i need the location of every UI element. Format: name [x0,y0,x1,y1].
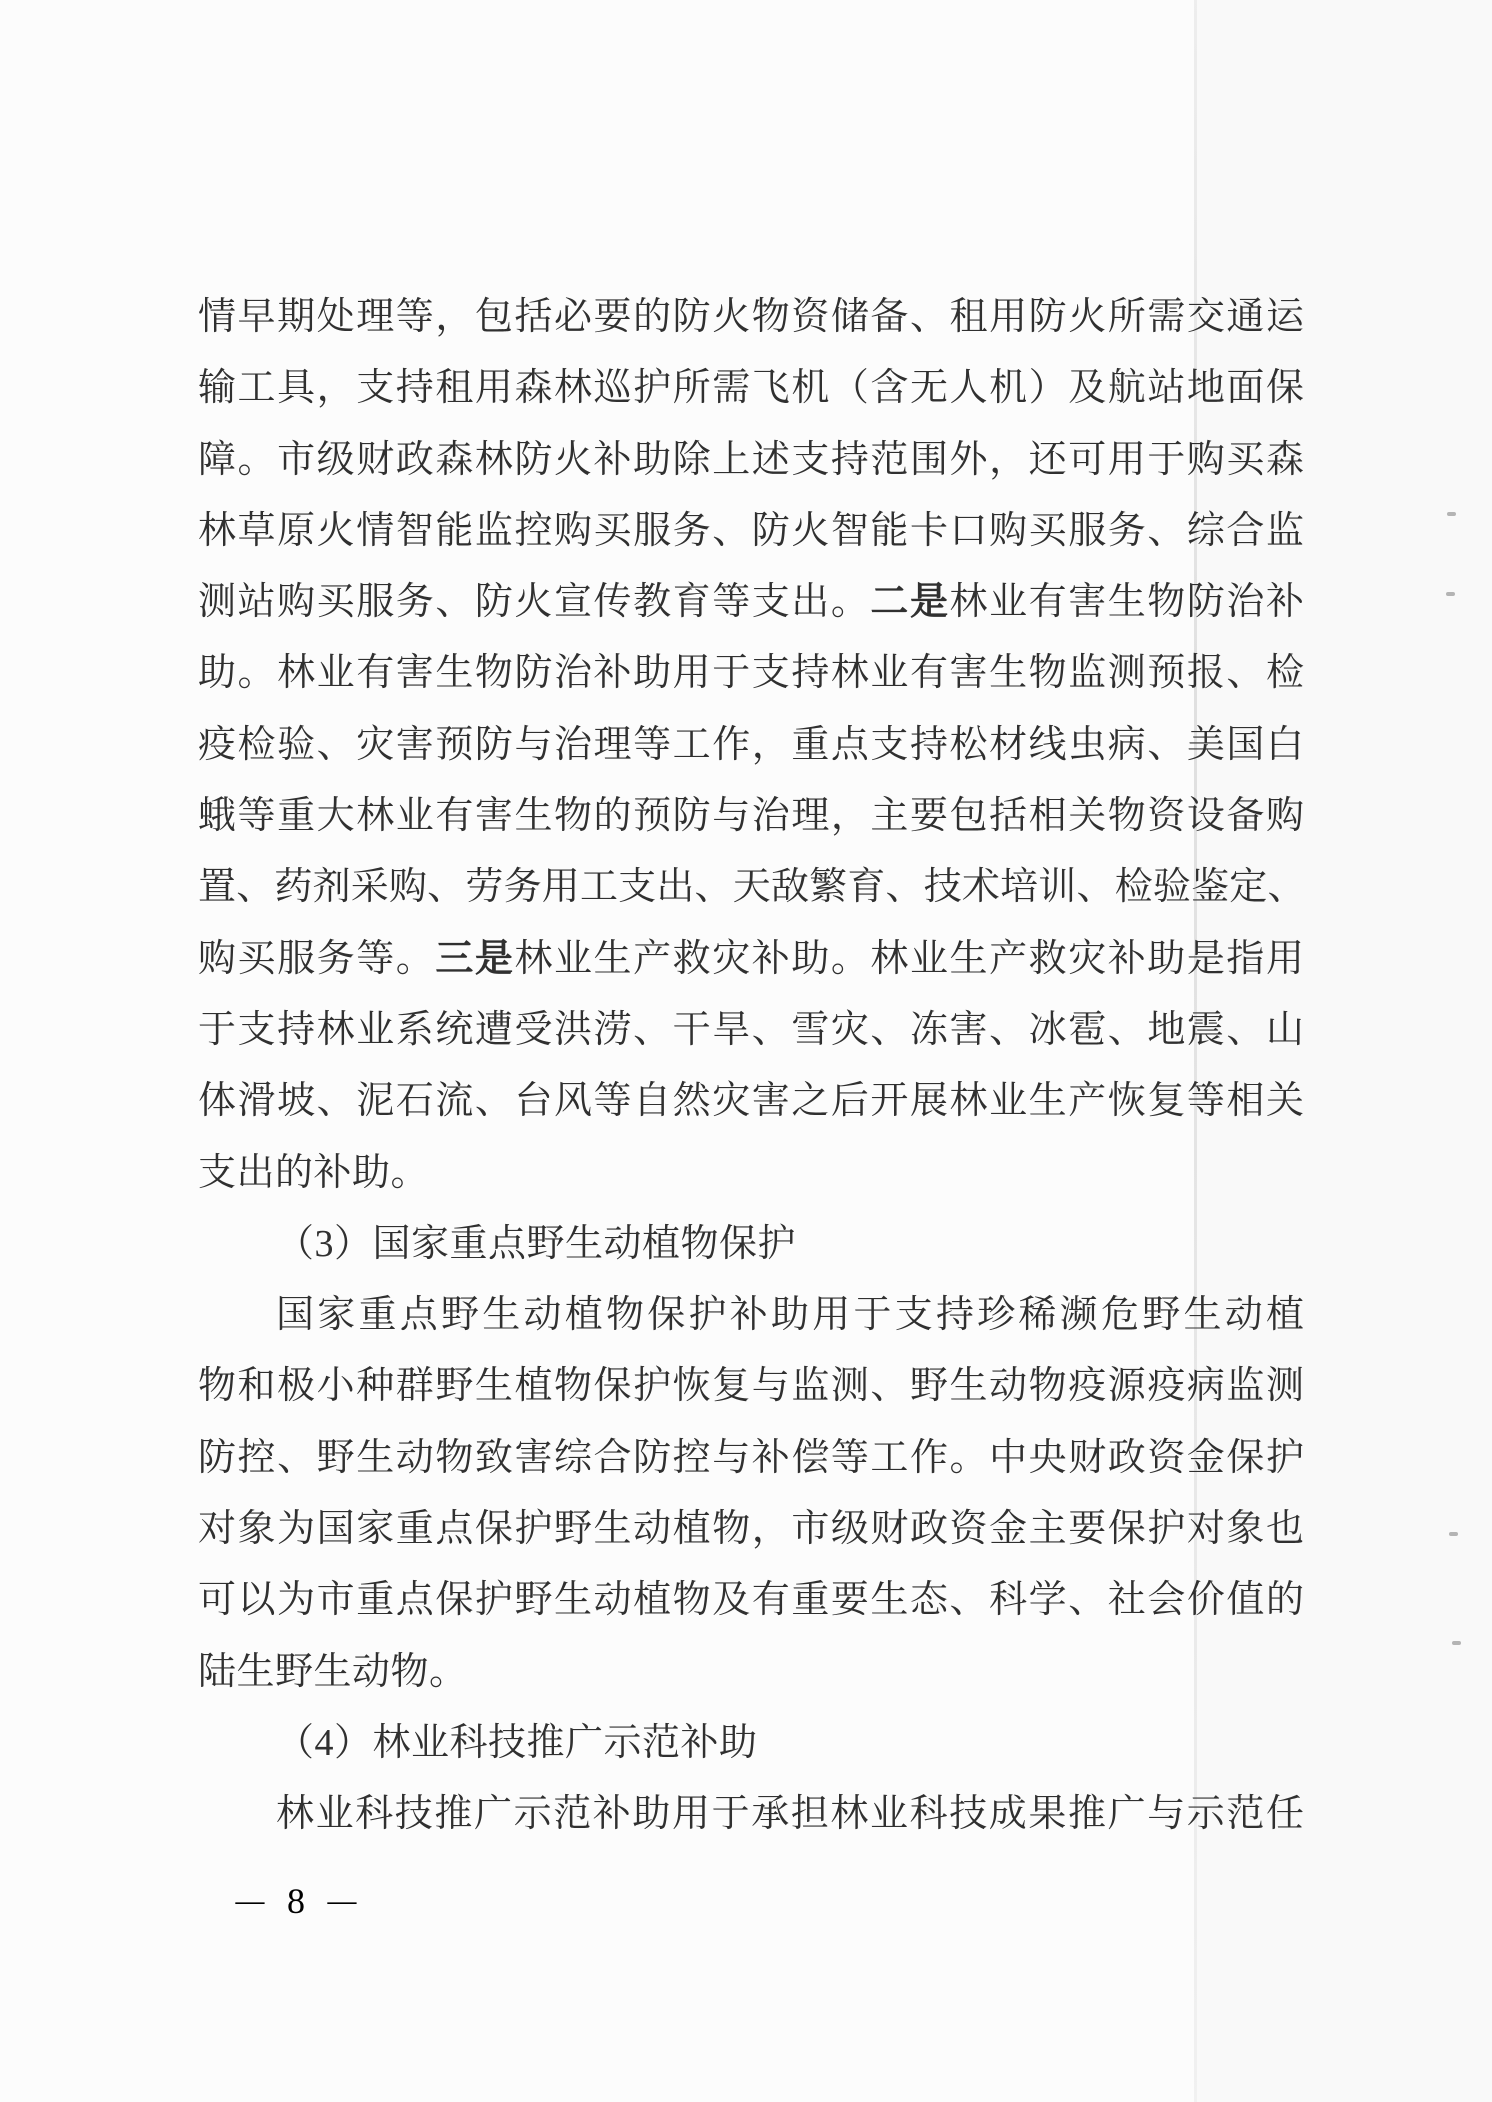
text-line: 防控、野生动物致害综合防控与补偿等工作。中央财政资金保护 [198,1423,1304,1494]
text-line: 情早期处理等，包括必要的防火物资储备、租用防火所需交通运 [198,282,1304,353]
scan-speck [1447,512,1456,516]
text-segment: 体滑坡、泥石流、台风等自然灾害之后开展林业生产恢复等相关 [198,1080,1304,1122]
text-line: （4）林业科技推广示范补助 [198,1708,1304,1779]
text-segment: 输工具，支持租用森林巡护所需飞机（含无人机）及航站地面保 [198,367,1304,409]
text-segment: 国家重点野生动植物保护补助用于支持珍稀濒危野生动植 [276,1294,1304,1336]
text-segment: 障。市级财政森林防火补助除上述支持范围外，还可用于购买森 [198,439,1304,481]
footer-dash-right: — [328,1882,357,1920]
text-segment: 林草原火情智能监控购买服务、防火智能卡口购买服务、综合监 [198,510,1304,552]
text-line: 障。市级财政森林防火补助除上述支持范围外，还可用于购买森 [198,425,1304,496]
text-segment: （3）国家重点野生动植物保护 [276,1223,796,1265]
text-line: 蛾等重大林业有害生物的预防与治理，主要包括相关物资设备购 [198,781,1304,852]
text-segment: 疫检验、灾害预防与治理等工作，重点支持松材线虫病、美国白 [198,724,1304,766]
text-segment: 防控、野生动物致害综合防控与补偿等工作。中央财政资金保护 [198,1437,1304,1479]
bold-emphasis: 三是 [435,938,514,980]
text-line: 于支持林业系统遭受洪涝、干旱、雪灾、冻害、冰雹、地震、山 [198,995,1304,1066]
text-segment: 林业有害生物防治补 [950,581,1304,623]
text-line: 可以为市重点保护野生动植物及有重要生态、科学、社会价值的 [198,1565,1304,1636]
text-line: 输工具，支持租用森林巡护所需飞机（含无人机）及航站地面保 [198,353,1304,424]
text-segment: 购买服务等。 [198,938,435,980]
page-number: 8 [287,1880,305,1922]
text-line: 物和极小种群野生植物保护恢复与监测、野生动物疫源疫病监测 [198,1351,1304,1422]
text-line: 林草原火情智能监控购买服务、防火智能卡口购买服务、综合监 [198,496,1304,567]
bold-emphasis: 二是 [870,581,949,623]
text-segment: 助。林业有害生物防治补助用于支持林业有害生物监测预报、检 [198,652,1304,694]
text-segment: 支出的补助。 [198,1152,429,1194]
text-line: 购买服务等。三是林业生产救灾补助。林业生产救灾补助是指用 [198,924,1304,995]
text-line: 助。林业有害生物防治补助用于支持林业有害生物监测预报、检 [198,638,1304,709]
document-body: 情早期处理等，包括必要的防火物资储备、租用防火所需交通运输工具，支持租用森林巡护… [198,282,1304,1851]
text-segment: 置、药剂采购、劳务用工支出、天敌繁育、技术培训、检验鉴定、 [198,866,1304,908]
scanned-page: 情早期处理等，包括必要的防火物资储备、租用防火所需交通运输工具，支持租用森林巡护… [0,0,1492,2102]
text-segment: 于支持林业系统遭受洪涝、干旱、雪灾、冻害、冰雹、地震、山 [198,1009,1304,1051]
text-line: 对象为国家重点保护野生动植物，市级财政资金主要保护对象也 [198,1494,1304,1565]
text-line: 陆生野生动物。 [198,1637,1304,1708]
text-segment: 物和极小种群野生植物保护恢复与监测、野生动物疫源疫病监测 [198,1365,1304,1407]
text-segment: 陆生野生动物。 [198,1651,468,1693]
scan-speck [1452,1641,1461,1645]
text-line: 疫检验、灾害预防与治理等工作，重点支持松材线虫病、美国白 [198,710,1304,781]
text-segment: 林业科技推广示范补助用于承担林业科技成果推广与示范任 [276,1793,1304,1835]
page-footer: — 8 — [233,1878,359,1924]
text-line: 测站购买服务、防火宣传教育等支出。二是林业有害生物防治补 [198,567,1304,638]
scan-speck [1446,592,1455,596]
scan-speck [1449,1532,1458,1536]
text-segment: 情早期处理等，包括必要的防火物资储备、租用防火所需交通运 [198,296,1304,338]
text-segment: 林业生产救灾补助。林业生产救灾补助是指用 [514,938,1304,980]
text-line: 国家重点野生动植物保护补助用于支持珍稀濒危野生动植 [198,1280,1304,1351]
text-line: 支出的补助。 [198,1138,1304,1209]
text-line: 林业科技推广示范补助用于承担林业科技成果推广与示范任 [198,1779,1304,1850]
text-segment: 对象为国家重点保护野生动植物，市级财政资金主要保护对象也 [198,1508,1304,1550]
text-segment: （4）林业科技推广示范补助 [276,1722,758,1764]
text-segment: 测站购买服务、防火宣传教育等支出。 [198,581,870,623]
text-line: 置、药剂采购、劳务用工支出、天敌繁育、技术培训、检验鉴定、 [198,852,1304,923]
text-segment: 可以为市重点保护野生动植物及有重要生态、科学、社会价值的 [198,1579,1304,1621]
footer-dash-left: — [236,1882,265,1920]
text-line: 体滑坡、泥石流、台风等自然灾害之后开展林业生产恢复等相关 [198,1066,1304,1137]
text-line: （3）国家重点野生动植物保护 [198,1209,1304,1280]
text-segment: 蛾等重大林业有害生物的预防与治理，主要包括相关物资设备购 [198,795,1304,837]
